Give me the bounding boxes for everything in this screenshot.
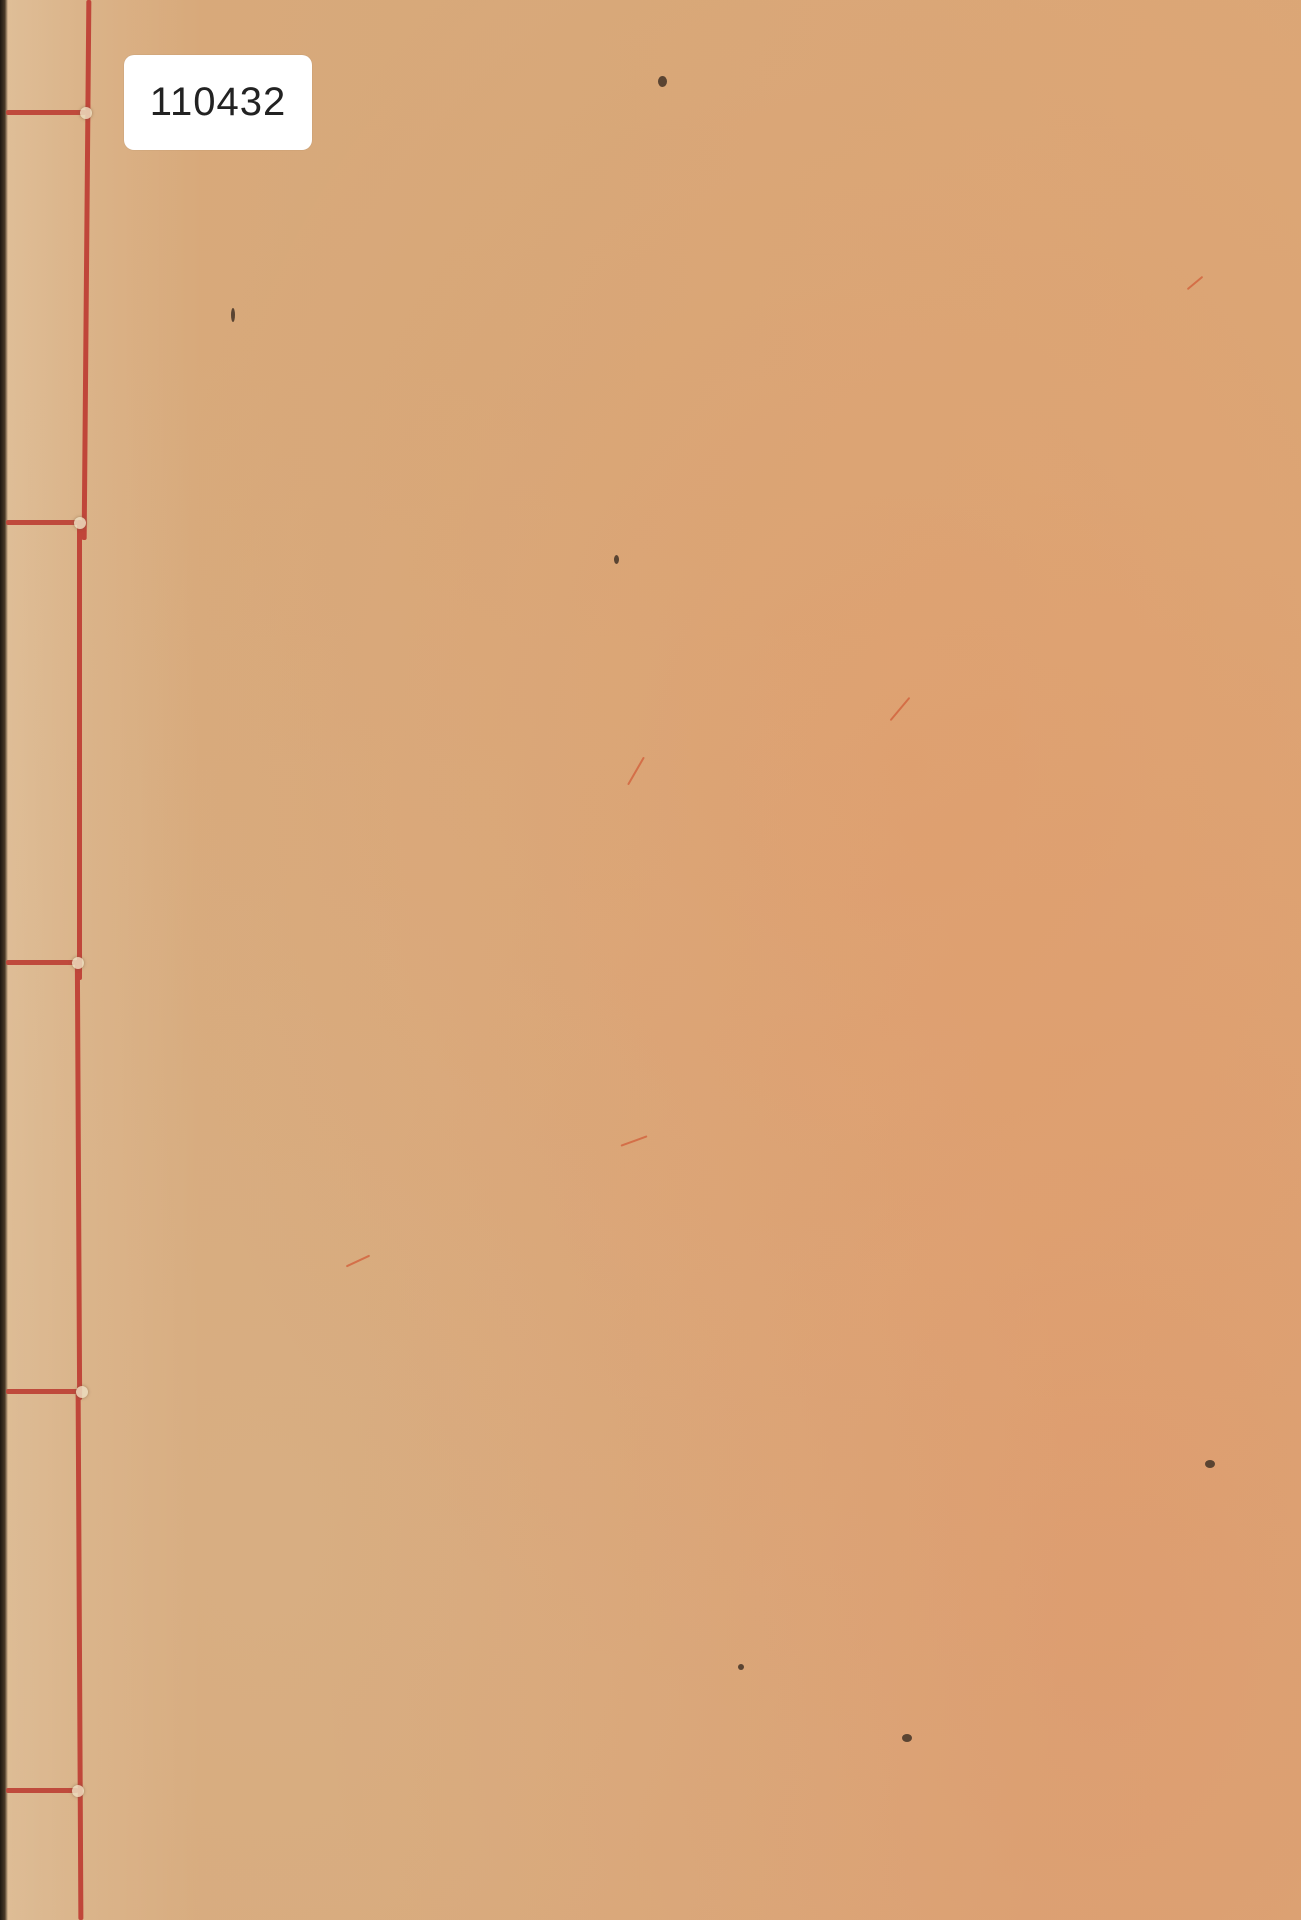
binding-thread-vertical [77,520,82,980]
catalog-label: 110432 [124,55,312,150]
paper-speck [614,555,619,564]
binding-stitch [6,520,78,525]
paper-speck [231,308,235,322]
paper-speck [658,76,667,87]
paper-speck [902,1734,912,1742]
catalog-number: 110432 [150,80,287,125]
binding-hole [72,1785,84,1797]
book-cover [0,0,1301,1920]
binding-stitch [6,1788,78,1793]
binding-hole [80,107,92,119]
binding-stitch [6,960,76,965]
binding-hole [74,517,86,529]
paper-speck [738,1664,744,1670]
binding-hole [72,957,84,969]
paper-speck [1205,1460,1215,1468]
binding-hole [76,1386,88,1398]
binding-stitch [6,1389,82,1394]
binding-stitch [6,110,86,115]
